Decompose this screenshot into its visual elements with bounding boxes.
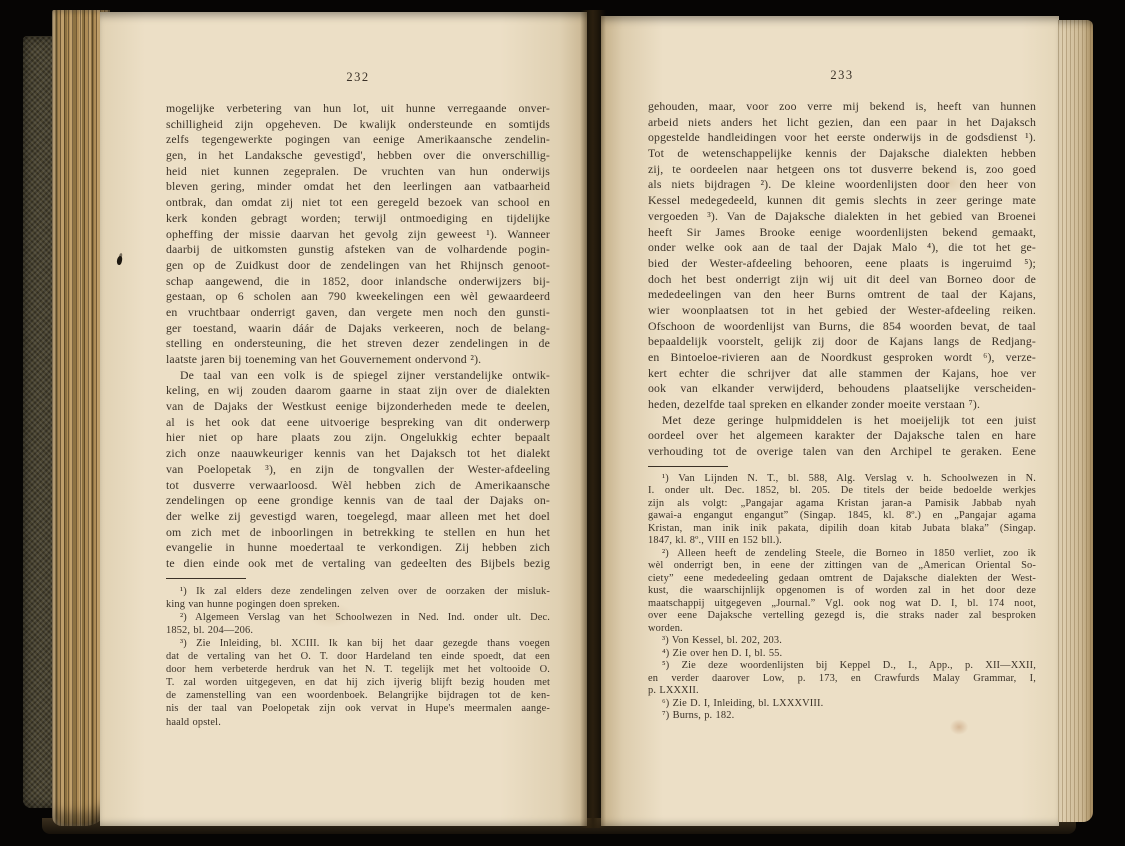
text-line: bepaaldelijk voorstelt, gelijk zij door … bbox=[648, 334, 1036, 350]
footnote-line: ¹) Van Lijnden N. T., bl. 588, Alg. Vers… bbox=[648, 473, 1036, 486]
right-page-text: 233 gehouden, maar, voor zoo verre mij b… bbox=[648, 68, 1036, 723]
text-line: zendelingen op eene grondige kennis van … bbox=[166, 493, 550, 509]
text-line: heid niet kunnen zegepralen. De vruchten… bbox=[166, 164, 550, 180]
text-line: gestaan, op 6 scholen aan 790 kweekeling… bbox=[166, 289, 550, 305]
footnote-line: gawai-a engangut engangut” (Singap. 1845… bbox=[648, 510, 1036, 523]
footnote-line: p. LXXXII. bbox=[648, 685, 1036, 698]
text-line: van Poelopetak ³), en zijn de tongvallen… bbox=[166, 462, 550, 478]
footnote-line: T. zal worden uitgegeven, en dat hij zic… bbox=[166, 676, 550, 689]
right-page-body: gehouden, maar, voor zoo verre mij beken… bbox=[648, 99, 1036, 460]
text-line: al is het ook dat eene uitvoerige bespre… bbox=[166, 415, 550, 431]
right-page-footnotes: ¹) Van Lijnden N. T., bl. 588, Alg. Vers… bbox=[648, 473, 1036, 723]
text-line: mogelijke verbetering van hun lot, uit h… bbox=[166, 101, 550, 117]
footnote-line: ⁷) Burns, p. 182. bbox=[648, 710, 1036, 723]
text-line: kert echter die schrijver dat alle stamm… bbox=[648, 366, 1036, 382]
text-line: heeft Sir James Brooke eenige woordenlij… bbox=[648, 225, 1036, 241]
footnote-line: ¹) Ik zal elders deze zendelingen zelven… bbox=[166, 585, 550, 598]
text-line: ontbrak, dan omdat zij niet tot een gere… bbox=[166, 195, 550, 211]
text-line: mededeelingen van den heer Burns omtrent… bbox=[648, 287, 1036, 303]
left-page-number: 232 bbox=[166, 70, 550, 85]
text-line: doch het best onderrigt zijn wij uit dit… bbox=[648, 272, 1036, 288]
text-line: De taal van een volk is de spiegel zijne… bbox=[166, 368, 550, 384]
text-line: gen, in het Landaksche gevestigd', hebbe… bbox=[166, 148, 550, 164]
footnote-divider bbox=[166, 578, 246, 579]
footnote-line: I. onder ult. Dec. 1852, bl. 205. De tit… bbox=[648, 485, 1036, 498]
text-line: onder welke ook aan de taal der Dajak Ma… bbox=[648, 240, 1036, 256]
text-line: gehouden, maar, voor zoo verre mij beken… bbox=[648, 99, 1036, 115]
text-line: wier woonplaatsen tot in het gebied der … bbox=[648, 303, 1036, 319]
footnote-line: Kristan, man inik inik pakata, dipilih d… bbox=[648, 523, 1036, 536]
left-page-footnotes: ¹) Ik zal elders deze zendelingen zelven… bbox=[166, 585, 550, 729]
footnote-line: kust, die waarschijnlijk opgenomen is of… bbox=[648, 585, 1036, 598]
text-line: tot dusverre verwaarloosd. Wèl hebben zi… bbox=[166, 478, 550, 494]
page-stain bbox=[300, 598, 360, 632]
text-line: ger toestand, waarin dáár de Dajaks verk… bbox=[166, 321, 550, 337]
text-line: evangelie in hunne moedertaal te verkond… bbox=[166, 540, 550, 556]
footnote-line: ³) Von Kessel, bl. 202, 203. bbox=[648, 635, 1036, 648]
text-line: te dien einde ook met de vertaling van g… bbox=[166, 556, 550, 572]
text-line: schap aangewend, die in 1852, door inlan… bbox=[166, 274, 550, 290]
footnote-divider bbox=[648, 466, 728, 467]
text-line: Ofschoon de woordenlijst van Burns, die … bbox=[648, 319, 1036, 335]
text-line: der welke zij gevestigd waren, toegelegd… bbox=[166, 509, 550, 525]
footnote-line: nis der taal van Poelopetak zijn ook ver… bbox=[166, 702, 550, 715]
text-line: oordeel over het algemeen karakter der D… bbox=[648, 428, 1036, 444]
text-line: zij, te oordeelen naar hetgeen ons tot d… bbox=[648, 162, 1036, 178]
book-photo: 232 mogelijke verbetering van hun lot, u… bbox=[0, 0, 1125, 846]
text-line: opheffing der missie daarvan het gevolg … bbox=[166, 227, 550, 243]
footnote-line: worden. bbox=[648, 623, 1036, 636]
text-line: opgestelde handleidingen voor het eerste… bbox=[648, 130, 1036, 146]
footnote-line: door hem verbeterde herdruk van het N. T… bbox=[166, 663, 550, 676]
footnote-line: ³) Zie Inleiding, bl. XCIII. Ik kan bij … bbox=[166, 637, 550, 650]
left-page-body: mogelijke verbetering van hun lot, uit h… bbox=[166, 101, 550, 572]
text-line: om zich met de inboorlingen in betrekkin… bbox=[166, 525, 550, 541]
text-line: heden, dezelfde taal spreken en elkander… bbox=[648, 397, 1036, 413]
footnote-line: ²) Alleen heeft de zendeling Steele, die… bbox=[648, 548, 1036, 561]
text-line: vergoeden ³). Van de Dajaksche dialekten… bbox=[648, 209, 1036, 225]
text-line: daarbij de uitkomsten gunstig afsteken v… bbox=[166, 242, 550, 258]
text-line: van de Dajaks der Westkust eenige bijzon… bbox=[166, 399, 550, 415]
footnote-line: en verder daarover Low, p. 173, en Crawf… bbox=[648, 673, 1036, 686]
text-line: zich onze naauwkeuriger kennis van het D… bbox=[166, 446, 550, 462]
text-line: gen op de Zuidkust door de zendelingen v… bbox=[166, 258, 550, 274]
text-line: bleven gering, minder omdat het den leer… bbox=[166, 179, 550, 195]
footnote-line: over eene Dajaksche vertelling gezegd is… bbox=[648, 610, 1036, 623]
page-edges-right bbox=[1058, 20, 1093, 822]
page-stain bbox=[928, 168, 972, 198]
text-line: bied der Wester-afdeeling behooren, eene… bbox=[648, 256, 1036, 272]
page-stain bbox=[946, 716, 972, 738]
text-line: Tot de wetenschappelijke kennis der Daja… bbox=[648, 146, 1036, 162]
footnote-line: maatschappij uitgegeven „Journal.” Vgl. … bbox=[648, 598, 1036, 611]
footnote-line: ciety” eene mededeeling gedaan omtrent d… bbox=[648, 573, 1036, 586]
text-line: zelfs tegengewerkte pogingen van eenige … bbox=[166, 132, 550, 148]
text-line: kerk konden gebragt worden; terwijl ontm… bbox=[166, 211, 550, 227]
text-line: laatste jaren bij toeneming van het Gouv… bbox=[166, 352, 550, 368]
text-line: Kessel medegedeeld, kunnen dit gemis sle… bbox=[648, 193, 1036, 209]
book-gutter bbox=[580, 10, 606, 828]
footnote-line: zijn als volgt: „Pangajar agama Kristan … bbox=[648, 498, 1036, 511]
footnote-line: haald opstel. bbox=[166, 716, 550, 729]
text-line: en vruchtbaar onderrigt gaven, dan verge… bbox=[166, 305, 550, 321]
text-line: als niets bijdragen ²). De kleine woorde… bbox=[648, 177, 1036, 193]
text-line: keling, en wij zouden daarom gaarne in s… bbox=[166, 383, 550, 399]
text-line: verhouding tot de overige talen van den … bbox=[648, 444, 1036, 460]
text-line: hier niet op hare plaats zou zijn. Ongel… bbox=[166, 430, 550, 446]
text-line: schilligheid zijn opgeheven. De kwalijk … bbox=[166, 117, 550, 133]
left-page-text: 232 mogelijke verbetering van hun lot, u… bbox=[166, 70, 550, 729]
footnote-line: ⁶) Zie D. I, Inleiding, bl. LXXXVIII. bbox=[648, 698, 1036, 711]
text-line: ook van elkander verwijderd, behoudens p… bbox=[648, 381, 1036, 397]
right-page-number: 233 bbox=[648, 68, 1036, 83]
footnote-line: dat de vertaling van het O. T. door Hard… bbox=[166, 650, 550, 663]
footnote-line: ⁴) Zie over hen D. I, bl. 55. bbox=[648, 648, 1036, 661]
text-line: Met deze geringe hulpmiddelen is het moe… bbox=[648, 413, 1036, 429]
footnote-line: ⁵) Zie deze woordenlijsten bij Keppel D.… bbox=[648, 660, 1036, 673]
footnote-line: 1852, bl. 204—206. bbox=[166, 624, 550, 637]
text-line: arbeid niets anders het licht gezien, da… bbox=[648, 115, 1036, 131]
text-line: en Bintoeloe-rivieren aan de Noordkust g… bbox=[648, 350, 1036, 366]
footnote-line: 1847, kl. 8º., VIII en 152 bll.). bbox=[648, 535, 1036, 548]
footnote-line: de zamenstelling van een woordenboek. Be… bbox=[166, 689, 550, 702]
footnote-line: wèl onderrigt ben, in eene der zittingen… bbox=[648, 560, 1036, 573]
text-line: stelling en ondersteuning, die het strev… bbox=[166, 336, 550, 352]
